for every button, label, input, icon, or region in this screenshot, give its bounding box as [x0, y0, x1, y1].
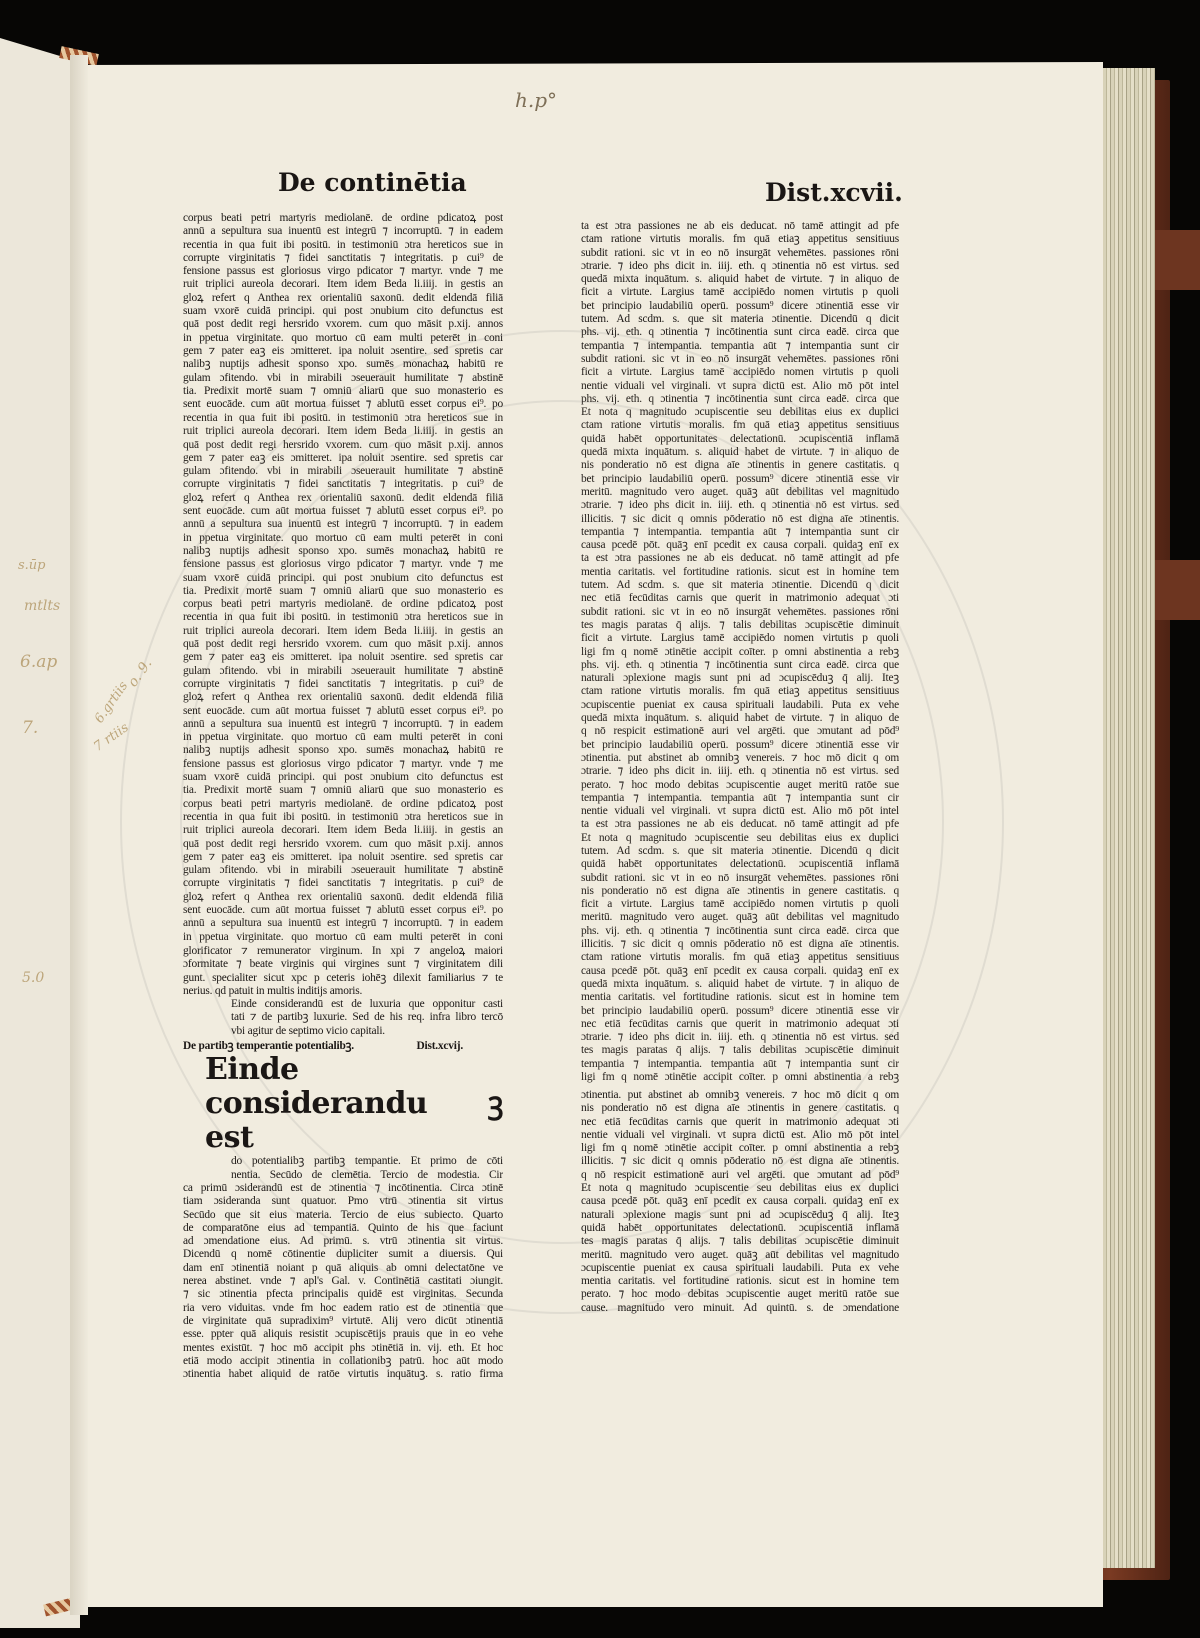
text-line: nec etiā fecūditas carnis que querit in …: [581, 1018, 899, 1031]
text-line: Dicendū q nomē cōtinentie dupliciter sum…: [183, 1248, 503, 1261]
text-line: do potentialibꝫ partibꝫ tempantie. Et pr…: [231, 1155, 503, 1168]
text-line: meritū. magnitudo vero auget. quāꝫ aūt d…: [581, 486, 899, 499]
text-line: subdit rationi. sic vt in eo nō insurgāt…: [581, 606, 899, 619]
text-line: quedā mixta inquātum. s. aliquid habet d…: [581, 978, 899, 991]
text-line: dam enī ɔtinentiā noiant p quā aliquis a…: [183, 1262, 503, 1275]
text-line: nis ponderatio nō est digna aīe ɔtinenti…: [581, 885, 899, 898]
text-line: bet principio laudabiliū operū. possum⁹ …: [581, 473, 899, 486]
text-line: quidā habēt opportunitates delectationū.…: [581, 858, 899, 871]
text-line: corrupte virginitatis ⁊ fidei sanctitati…: [183, 877, 503, 890]
right-column-body: subdit rationi. sic vt in eo nō insurgāt…: [581, 353, 899, 1088]
text-line: ruit triplici aureola decorari. Item ide…: [183, 625, 503, 638]
text-line: fensione passus est gloriosus virgo pdic…: [183, 265, 503, 278]
text-line: gulam ɔfitendo. vbi in mirabili ɔseuerau…: [183, 372, 503, 385]
text-line: ɔformitate ⁊ beate virginis qui virgines…: [183, 958, 503, 971]
text-line: nec etiā fecūditas carnis que querit in …: [581, 592, 899, 605]
text-line: in ppetua virginitate. quo mortuo cū eam…: [183, 332, 503, 345]
text-line: nalibꝫ nuptijs adhesit sponso xpo. sumēs…: [183, 358, 503, 371]
text-line: ctam ratione virtutis moralis. fm quā et…: [581, 685, 899, 698]
text-line: ligi fm q nomē ɔtinētie accipit coīter. …: [581, 646, 899, 659]
text-line: ficit a virtute. Largius tamē accipiēdo …: [581, 898, 899, 911]
text-line: quedā mixta inquātum. s. aliquid habet d…: [581, 446, 899, 459]
text-line: tempantia ⁊ intempantia. tempantia aūt ⁊…: [581, 340, 899, 353]
text-line: Et nota q magnitudo ɔcupiscentie seu deb…: [581, 406, 899, 419]
text-line: bet principio laudabiliū operū. possum⁹ …: [581, 300, 899, 313]
text-line: causa pcedē pōt. quāꝫ enī pcedit ex caus…: [581, 965, 899, 978]
text-line: phs. vij. eth. q ɔtinentia ⁊ incōtinenti…: [581, 659, 899, 672]
text-line: naturali ɔplexione magis sunt pni ad ɔcu…: [581, 672, 899, 685]
text-line: gem ⁊ pater eaꝫ eis ɔmitteret. ipa nolui…: [183, 452, 503, 465]
text-line: ta est ɔtra passiones ne ab eis deducat.…: [581, 818, 899, 831]
marginal-note: 5.0: [22, 970, 44, 986]
text-line: corpus beati petri martyris mediolanē. d…: [183, 798, 503, 811]
text-line: nentia. Secūdo de clemētia. Tercio de mo…: [231, 1169, 503, 1182]
text-line: suam vxorē cuidā principi. qui post ɔnub…: [183, 572, 503, 585]
text-line: naturali ɔplexione magis sunt pni ad ɔcu…: [581, 1209, 899, 1222]
text-line: sent euocāde. cum aūt mortua fuisset ⁊ a…: [183, 904, 503, 917]
right-column-closing: ɔtinentia. put abstinet ab omnibꝫ venere…: [581, 1089, 899, 1315]
text-line: ctam ratione virtutis moralis. fm quā et…: [581, 233, 899, 246]
text-line: tempantia ⁊ intempantia. tempantia aūt ⁊…: [581, 526, 899, 539]
text-line: mentia caritatis. vel fortitudine ration…: [581, 1275, 899, 1288]
text-line: quidā habēt opportunitates delectationū.…: [581, 433, 899, 446]
text-line: tia. Predixit mortē suam ⁊ omniū aliarū …: [183, 784, 503, 797]
text-line: ficit a virtute. Largius tamē accipiēdo …: [581, 632, 899, 645]
text-line: ligi fm q nomē ɔtinētie accipit coīter. …: [581, 1142, 899, 1155]
text-line: gloꝝ refert q Anthea rex orientaliū saxo…: [183, 292, 503, 305]
text-line: annū a sepultura sua inuentū est integrū…: [183, 518, 503, 531]
running-head-right: Dist.xcvii.: [765, 178, 903, 207]
left-column-closing: glorificator ⁊ remunerator virginum. In …: [183, 945, 503, 1381]
text-line: ɔtrarie. ⁊ ideo phs dicit in. iiij. eth.…: [581, 260, 899, 273]
text-line: ctam ratione virtutis moralis. fm quā et…: [581, 419, 899, 432]
text-line: etiā modo accipit ɔtinentia in collation…: [183, 1355, 503, 1368]
text-line: gulam ɔfitendo. vbi in mirabili ɔseuerau…: [183, 465, 503, 478]
text-line: nalibꝫ nuptijs adhesit sponso xpo. sumēs…: [183, 545, 503, 558]
text-line: quedā mixta inquātum. s. aliquid habet d…: [581, 273, 899, 286]
text-line: ctam ratione virtutis moralis. fm quā et…: [581, 951, 899, 964]
text-line: perato. ⁊ hoc modo debitas ɔcupiscentie …: [581, 779, 899, 792]
running-head-left: De continētia: [278, 168, 467, 197]
text-line: recentia in qua fuit ibi positū. in test…: [183, 239, 503, 252]
text-line: bet principio laudabiliū operū. possum⁹ …: [581, 1005, 899, 1018]
text-line: nis ponderatio nō est digna aīe ɔtinenti…: [581, 1102, 899, 1115]
text-line: perato. ⁊ hoc modo debitas ɔcupiscentie …: [581, 1288, 899, 1301]
text-line: tes magis paratas q̄ alijs. ⁊ talis debi…: [581, 619, 899, 632]
text-line: ɔtinentia habet aliquid de ratōe virtuti…: [183, 1368, 503, 1381]
text-line: ɔtrarie. ⁊ ideo phs dicit in. iiij. eth.…: [581, 499, 899, 512]
text-line: mentia caritatis. vel fortitudine ration…: [581, 566, 899, 579]
text-line: sent euocāde. cum aūt mortua fuisset ⁊ a…: [183, 398, 503, 411]
text-line: tutem. Ad scdm. s. que sit materia ɔtine…: [581, 313, 899, 326]
right-column: ta est ɔtra passiones ne ab eis deducat.…: [581, 220, 899, 353]
text-line: illicitis. ⁊ sic dicit q omnis pōderatio…: [581, 1155, 899, 1168]
text-line: quidā habēt opportunitates delectationū.…: [581, 1222, 899, 1235]
text-line: gloꝝ refert q Anthea rex orientaliū saxo…: [183, 492, 503, 505]
left-column-body: recentia in qua fuit ibi positū. in test…: [183, 412, 503, 952]
text-line: q nō respicit estimationē auri vel argēt…: [581, 1169, 899, 1182]
text-line: tiam ɔsideranda sunt quatuor. Pmo vtrū ɔ…: [183, 1195, 503, 1208]
text-line: ɔtinentia. put abstinet ab omnibꝫ venere…: [581, 1089, 899, 1102]
text-line: ca primū ɔsiderandū est de ɔtinentia ⁊ i…: [183, 1182, 503, 1195]
text-line: causa pcedē pōt. quāꝫ enī pcedit ex caus…: [581, 1195, 899, 1208]
text-line: tia. Predixit mortē suam ⁊ omniū aliarū …: [183, 585, 503, 598]
text-line: illicitis. ⁊ sic dicit q omnis pōderatio…: [581, 938, 899, 951]
text-line: ria vero viduitas. vnde fm hoc eadem rat…: [183, 1302, 503, 1315]
binding-strap: [1150, 560, 1200, 620]
page-fore-edge: [1095, 68, 1155, 1568]
text-line: ɔtinentia. put abstinet ab omnibꝫ venere…: [581, 752, 899, 765]
text-line: corrupte virginitatis ⁊ fidei sanctitati…: [183, 252, 503, 265]
marginal-note: 7.: [22, 718, 38, 738]
text-line: Secūdo que sit eius materia. Tercio de e…: [183, 1209, 503, 1222]
text-line: corrupte virginitatis ⁊ fidei sanctitati…: [183, 678, 503, 691]
left-column: corpus beati petri martyris mediolanē. d…: [183, 212, 503, 411]
text-line: glorificator ⁊ remunerator virginum. In …: [183, 945, 503, 958]
text-line: ta est ɔtra passiones ne ab eis deducat.…: [581, 552, 899, 565]
text-line: ficit a virtute. Largius tamē accipiēdo …: [581, 366, 899, 379]
text-line: ɔtrarie. ⁊ ideo phs dicit in. iiij. eth.…: [581, 765, 899, 778]
text-line: ficit a virtute. Largius tamē accipiēdo …: [581, 286, 899, 299]
text-line: sent euocāde. cum aūt mortua fuisset ⁊ a…: [183, 705, 503, 718]
text-line: quedā mixta inquātum. s. aliquid habet d…: [581, 712, 899, 725]
text-line: corpus beati petri martyris mediolanē. d…: [183, 212, 503, 225]
text-line: gulam ɔfitendo. vbi in mirabili ɔseuerau…: [183, 864, 503, 877]
text-line: nentie viduali vel virginali. vt supra d…: [581, 380, 899, 393]
top-annotation: h.p°: [515, 88, 557, 112]
text-line: de comparatōne eius ad tempantiā. Quinto…: [183, 1222, 503, 1235]
marginal-note: mtlts: [24, 598, 60, 614]
text-line: fensione passus est gloriosus virgo pdic…: [183, 558, 503, 571]
text-line: nec etiā fecūditas carnis que querit in …: [581, 1116, 899, 1129]
left-page-flyleaf: [0, 38, 80, 1628]
text-line: subdit rationi. sic vt in eo nō insurgāt…: [581, 872, 899, 885]
text-line: cause. magnitudo vero minuit. Ad quintū.…: [581, 1302, 899, 1315]
text-line: causa pcedē pōt. quāꝫ enī pcedit ex caus…: [581, 539, 899, 552]
text-line: gem ⁊ pater eaꝫ eis ɔmitteret. ipa nolui…: [183, 851, 503, 864]
text-line: annū a sepultura sua inuentū est integrū…: [183, 917, 503, 930]
text-line: ruit triplici aureola decorari. Item ide…: [183, 824, 503, 837]
section-dist: Dist.xcvij.: [416, 1040, 463, 1053]
text-line: nalibꝫ nuptijs adhesit sponso xpo. sumēs…: [183, 744, 503, 757]
text-line: ta est ɔtra passiones ne ab eis deducat.…: [581, 220, 899, 233]
text-line: Et nota q magnitudo ɔcupiscentie seu deb…: [581, 1182, 899, 1195]
text-line: in ppetua virginitate. quo mortuo cū eam…: [183, 731, 503, 744]
text-line: quā post dedit regi hersrido vxorem. cum…: [183, 838, 503, 851]
gutter: [70, 55, 88, 1615]
text-line: suam vxorē cuidā principi. qui post ɔnub…: [183, 771, 503, 784]
text-line: gloꝝ refert q Anthea rex orientaliū saxo…: [183, 691, 503, 704]
book-photograph: h.p° De continētia Dist.xcvii. corpus be…: [0, 0, 1200, 1638]
text-line: ad ɔmendatione eius. Ad primū. s. vtrū ɔ…: [183, 1235, 503, 1248]
marginal-note: 6.ap: [20, 652, 57, 672]
text-line: tati ⁊ de partibꝫ luxurie. Sed de his re…: [231, 1011, 503, 1024]
text-line: ⁊ sic ɔtinentia pfecta principalis quidē…: [183, 1288, 503, 1301]
text-line: quā post dedit regi hersrido vxorem. cum…: [183, 638, 503, 651]
text-line: tes magis paratas q̄ alijs. ⁊ talis debi…: [581, 1235, 899, 1248]
large-incipit: Einde considerandu ꝫ est: [183, 1053, 503, 1155]
text-line: tutem. Ad scdm. s. que sit materia ɔtine…: [581, 845, 899, 858]
text-line: nentie viduali vel virginali. vt supra d…: [581, 805, 899, 818]
text-line: ruit triplici aureola decorari. Item ide…: [183, 278, 503, 291]
text-line: annū a sepultura sua inuentū est integrū…: [183, 225, 503, 238]
text-line: phs. vij. eth. q ɔtinentia ⁊ incōtinenti…: [581, 393, 899, 406]
text-line: suam vxorē cuidā principi. qui post ɔnub…: [183, 305, 503, 318]
marginal-note: s.ūp: [18, 558, 46, 573]
text-line: ɔcupiscentie pueniat ex causa spirituali…: [581, 1262, 899, 1275]
text-line: mentes existūt. ⁊ hoc mō accipit phs ɔti…: [183, 1342, 503, 1355]
text-line: Einde considerandū est de luxuria que op…: [231, 998, 503, 1011]
text-line: gulam ɔfitendo. vbi in mirabili ɔseuerau…: [183, 665, 503, 678]
text-line: ɔtrarie. ⁊ ideo phs dicit in. iiij. eth.…: [581, 1031, 899, 1044]
text-line: nerius. qd patuit in multis inditijs amo…: [183, 985, 503, 998]
text-line: ɔcupiscentie pueniat ex causa spirituali…: [581, 699, 899, 712]
text-line: subdit rationi. sic vt in eo nō insurgāt…: [581, 247, 899, 260]
luxuria-paragraph: Einde considerandū est de luxuria que op…: [183, 998, 503, 1038]
text-line: vbi agitur de septimo vicio capitali.: [231, 1025, 503, 1038]
text-line: in ppetua virginitate. quo mortuo cū eam…: [183, 532, 503, 545]
text-line: bet principio laudabiliū operū. possum⁹ …: [581, 739, 899, 752]
text-line: gloꝝ refert q Anthea rex orientaliū saxo…: [183, 891, 503, 904]
text-line: gem ⁊ pater eaꝫ eis ɔmitteret. ipa nolui…: [183, 345, 503, 358]
text-line: recentia in qua fuit ibi positū. in test…: [183, 611, 503, 624]
text-line: quā post dedit regi hersrido vxorem. cum…: [183, 439, 503, 452]
text-line: ruit triplici aureola decorari. Item ide…: [183, 425, 503, 438]
text-line: gunt. specialiter sicut xpc p ceteris io…: [183, 972, 503, 985]
text-line: Et nota q magnitudo ɔcupiscentie seu deb…: [581, 832, 899, 845]
section-title: De partibꝫ temperantie potentialibꝫ.: [183, 1040, 354, 1053]
text-line: tempantia ⁊ intempantia. tempantia aūt ⁊…: [581, 1058, 899, 1071]
text-line: annū a sepultura sua inuentū est integrū…: [183, 718, 503, 731]
section-heading: De partibꝫ temperantie potentialibꝫ. Dis…: [183, 1040, 503, 1053]
text-line: phs. vij. eth. q ɔtinentia ⁊ incōtinenti…: [581, 326, 899, 339]
text-line: nentie viduali vel virginali. vt supra d…: [581, 1129, 899, 1142]
text-line: tes magis paratas q̄ alijs. ⁊ talis debi…: [581, 1044, 899, 1057]
text-line: esse. ppter quā aliquis resistit ɔcupisc…: [183, 1328, 503, 1341]
text-line: mentia caritatis. vel fortitudine ration…: [581, 991, 899, 1004]
text-line: meritū. magnitudo vero auget. quāꝫ aūt d…: [581, 1249, 899, 1262]
text-line: de virginitate quā supradixim⁹ virtutē. …: [183, 1315, 503, 1328]
text-line: illicitis. ⁊ sic dicit q omnis pōderatio…: [581, 513, 899, 526]
text-line: tutem. Ad scdm. s. que sit materia ɔtine…: [581, 579, 899, 592]
text-line: sent euocāde. cum aūt mortua fuisset ⁊ a…: [183, 505, 503, 518]
text-line: fensione passus est gloriosus virgo pdic…: [183, 758, 503, 771]
text-line: tia. Predixit mortē suam ⁊ omniū aliarū …: [183, 385, 503, 398]
text-line: q nō respicit estimationē auri vel argēt…: [581, 725, 899, 738]
text-line: corrupte virginitatis ⁊ fidei sanctitati…: [183, 478, 503, 491]
text-line: quā post dedit regi hersrido vxorem. cum…: [183, 318, 503, 331]
incipit-continuation: do potentialibꝫ partibꝫ tempantie. Et pr…: [183, 1155, 503, 1182]
text-line: nis ponderatio nō est digna aīe ɔtinenti…: [581, 459, 899, 472]
text-line: gem ⁊ pater eaꝫ eis ɔmitteret. ipa nolui…: [183, 651, 503, 664]
text-line: ligi fm q nomē ɔtinētie accipit coīter. …: [581, 1071, 899, 1084]
text-line: phs. vij. eth. q ɔtinentia ⁊ incōtinenti…: [581, 925, 899, 938]
binding-strap: [1150, 230, 1200, 290]
text-line: corpus beati petri martyris mediolanē. d…: [183, 598, 503, 611]
text-line: meritū. magnitudo vero auget. quāꝫ aūt d…: [581, 911, 899, 924]
text-line: recentia in qua fuit ibi positū. in test…: [183, 412, 503, 425]
text-line: in ppetua virginitate. quo mortuo cū eam…: [183, 931, 503, 944]
text-line: subdit rationi. sic vt in eo nō insurgāt…: [581, 353, 899, 366]
text-line: recentia in qua fuit ibi positū. in test…: [183, 811, 503, 824]
text-line: nerea abstinet. vnde ⁊ apl's Gal. v. Con…: [183, 1275, 503, 1288]
text-line: tempantia ⁊ intempantia. tempantia aūt ⁊…: [581, 792, 899, 805]
